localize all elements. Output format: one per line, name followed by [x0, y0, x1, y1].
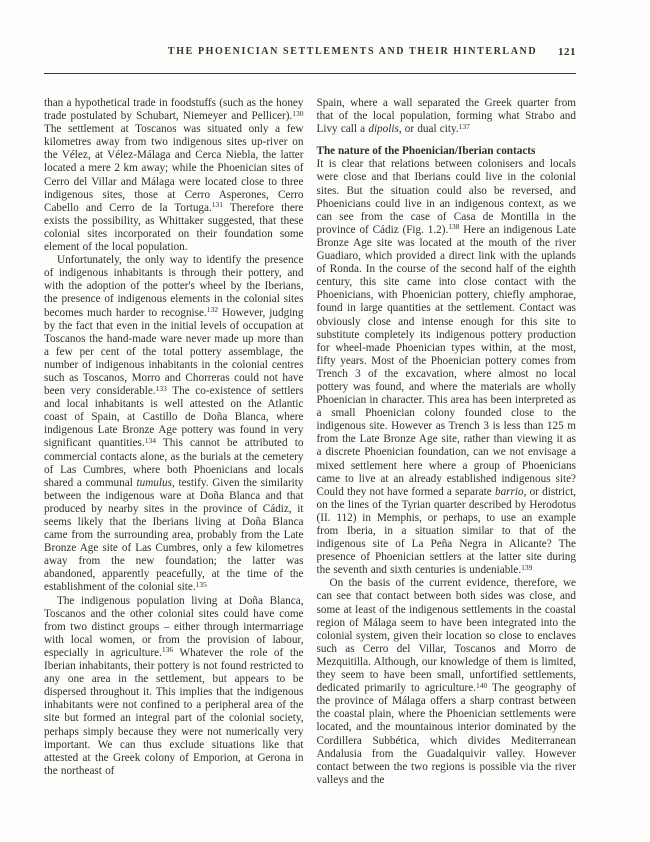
- footnote-reference: 138: [448, 222, 459, 231]
- section-heading: The nature of the Phoenician/Iberian con…: [317, 145, 577, 158]
- footnote-reference: 134: [145, 436, 156, 445]
- text-run: On the basis of the current evidence, th…: [317, 577, 577, 694]
- paragraph: The indigenous population living at Doña…: [44, 595, 304, 778]
- text-run: than a hypothetical trade in foodstuffs …: [44, 97, 304, 122]
- text-run: The geography of the province of Málaga …: [317, 682, 577, 786]
- footnote-reference: 130: [292, 109, 303, 118]
- text-run: , or dual city.: [399, 123, 459, 135]
- paragraph: Spain, where a wall separated the Greek …: [317, 97, 577, 136]
- text-columns: than a hypothetical trade in foodstuffs …: [44, 97, 576, 787]
- footnote-reference: 132: [207, 305, 218, 314]
- paragraph: than a hypothetical trade in foodstuffs …: [44, 97, 304, 254]
- footnote-reference: 135: [196, 580, 207, 589]
- footnote-reference: 137: [459, 122, 470, 131]
- text-run: However, judging by the fact that even i…: [44, 307, 304, 398]
- paragraph: Unfortunately, the only way to identify …: [44, 254, 304, 594]
- text-run: Whatever the role of the Iberian inhabit…: [44, 647, 304, 777]
- footnote-reference: 139: [521, 563, 532, 572]
- page-number: 121: [558, 46, 576, 58]
- page-header: THE PHOENICIAN SETTLEMENTS AND THEIR HIN…: [44, 46, 576, 62]
- running-head-title: THE PHOENICIAN SETTLEMENTS AND THEIR HIN…: [168, 46, 537, 57]
- left-column: than a hypothetical trade in foodstuffs …: [44, 97, 304, 787]
- text-run: , testify. Given the similarity between …: [44, 477, 304, 594]
- footnote-reference: 133: [156, 384, 167, 393]
- footnote-reference: 136: [162, 645, 173, 654]
- right-column: Spain, where a wall separated the Greek …: [317, 97, 577, 787]
- header-rule: [44, 73, 576, 74]
- paragraph: On the basis of the current evidence, th…: [317, 577, 577, 787]
- italic-term: dipolis: [368, 123, 398, 135]
- italic-term: tumulus: [137, 477, 172, 489]
- footnote-reference: 131: [212, 200, 223, 209]
- text-run: , or district, on the lines of the Tyria…: [317, 486, 577, 577]
- text-run: Here an indigenous Late Bronze Age site …: [317, 224, 577, 498]
- italic-term: barrio: [495, 486, 524, 498]
- text-run: The settlement at Toscanos was situated …: [44, 123, 304, 214]
- paragraph: It is clear that relations between colon…: [317, 158, 577, 577]
- footnote-reference: 140: [476, 681, 487, 690]
- book-page: THE PHOENICIAN SETTLEMENTS AND THEIR HIN…: [0, 0, 650, 842]
